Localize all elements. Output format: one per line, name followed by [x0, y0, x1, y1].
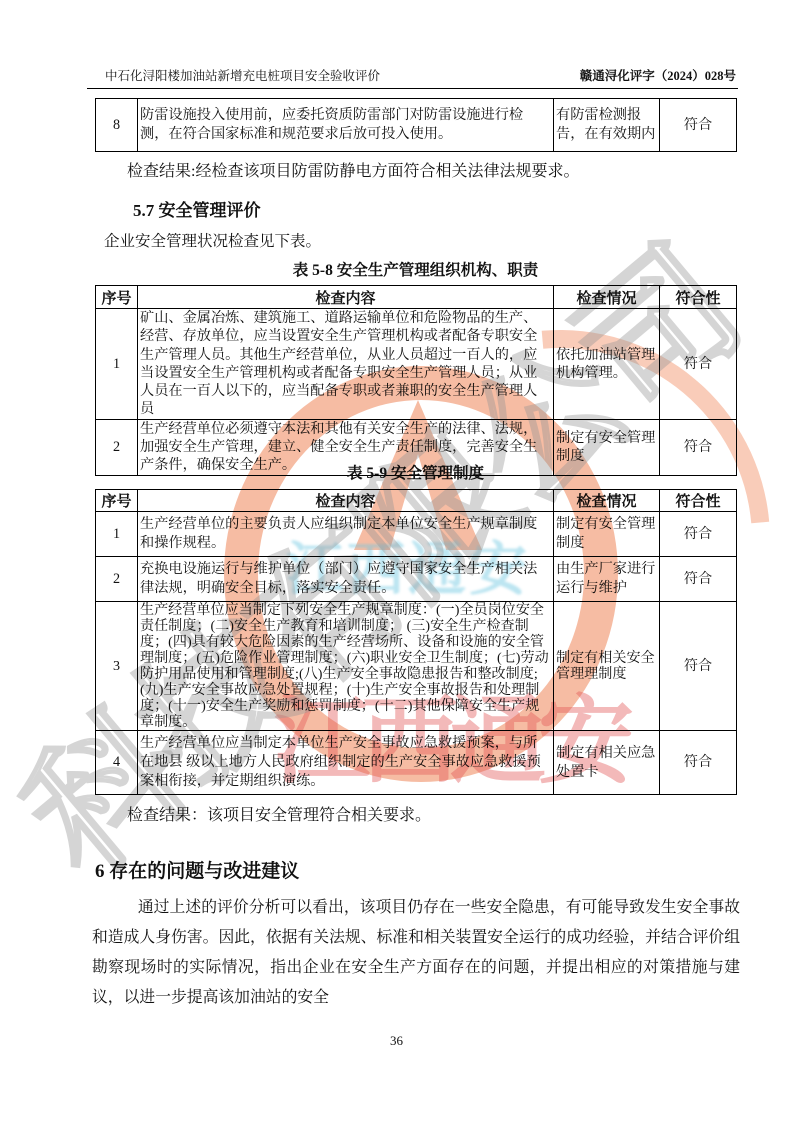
cell-content: 充换电设施运行与维护单位（部门）应遵守国家安全生产相关法律法规，明确安全目标，落… [138, 557, 554, 602]
table-5-9: 序号 检查内容 检查情况 符合性 1 生产经营单位的主要负责人应组织制定本单位安… [95, 489, 737, 795]
table-row: 1 矿山、金属冶炼、建筑施工、道路运输单位和危险物品的生产、经营、存放单位，应当… [96, 309, 737, 420]
col-header-no: 序号 [96, 490, 138, 512]
table-row: 3 生产经营单位应当制定下列安全生产规章制度：(一)全员岗位安全责任制度；(二)… [96, 602, 737, 731]
section-6-paragraph: 通过上述的评价分析可以看出，该项目仍存在一些安全隐患，有可能导致发生安全事故和造… [92, 893, 740, 1013]
cell-conformity: 符合 [660, 309, 737, 420]
col-header-situation: 检查情况 [554, 286, 660, 309]
cell-situation: 有防雷检测报告，在有效期内 [554, 99, 660, 152]
header-title: 中石化浔阳楼加油站新增充电桩项目安全验收评价 [105, 66, 380, 84]
cell-content: 防雷设施投入使用前，应委托资质防雷部门对防雷设施进行检测，在符合国家标准和规范要… [138, 99, 554, 152]
table-row: 8 防雷设施投入使用前，应委托资质防雷部门对防雷设施进行检测，在符合国家标准和规… [96, 99, 737, 152]
cell-row-no: 3 [96, 602, 138, 731]
table-row: 4 生产经营单位应当制定本单位生产安全事故应急救援预案，与所在地县 级以上地方人… [96, 731, 737, 795]
cell-conformity: 符合 [660, 512, 737, 557]
header-rule [87, 88, 738, 89]
table-row: 2 充换电设施运行与维护单位（部门）应遵守国家安全生产相关法律法规，明确安全目标… [96, 557, 737, 602]
table-5-8: 序号 检查内容 检查情况 符合性 1 矿山、金属冶炼、建筑施工、道路运输单位和危… [95, 285, 737, 476]
col-header-content: 检查内容 [138, 286, 554, 309]
table-row: 1 生产经营单位的主要负责人应组织制定本单位安全生产规章制度和操作规程。 制定有… [96, 512, 737, 557]
page-number: 36 [0, 1033, 793, 1049]
col-header-conformity: 符合性 [660, 286, 737, 309]
section-5-7-intro: 企业安全管理状况检查见下表。 [104, 229, 321, 251]
cell-row-no: 1 [96, 309, 138, 420]
cell-conformity: 符合 [660, 99, 737, 152]
cell-content: 生产经营单位应当制定下列安全生产规章制度：(一)全员岗位安全责任制度；(二)安全… [138, 602, 554, 731]
cell-row-no: 4 [96, 731, 138, 795]
cell-situation: 制定有相关应急处置卡 [554, 731, 660, 795]
cell-situation: 制定有相关安全管理理制度 [554, 602, 660, 731]
table-5-9-caption: 表 5-9 安全管理制度 [95, 461, 736, 483]
section-6-heading: 6 存在的问题与改进建议 [95, 856, 299, 883]
cell-situation: 制定有安全管理制度 [554, 512, 660, 557]
document-page: 中石化浔阳楼加油站新增充电桩项目安全验收评价 赣通浔化评字（2024）028号 … [0, 0, 793, 1122]
cell-conformity: 符合 [660, 731, 737, 795]
table-5-8-caption: 表 5-8 安全生产管理组织机构、职责 [95, 258, 736, 280]
cell-row-no: 1 [96, 512, 138, 557]
cell-content: 生产经营单位的主要负责人应组织制定本单位安全生产规章制度和操作规程。 [138, 512, 554, 557]
section-5-7-heading: 5.7 安全管理评价 [133, 196, 261, 221]
cell-conformity: 符合 [660, 557, 737, 602]
lightning-table: 8 防雷设施投入使用前，应委托资质防雷部门对防雷设施进行检测，在符合国家标准和规… [95, 98, 737, 152]
table-header-row: 序号 检查内容 检查情况 符合性 [96, 286, 737, 309]
cell-situation: 依托加油站管理机构管理。 [554, 309, 660, 420]
col-header-situation: 检查情况 [554, 490, 660, 512]
col-header-no: 序号 [96, 286, 138, 309]
cell-content: 矿山、金属冶炼、建筑施工、道路运输单位和危险物品的生产、经营、存放单位，应当设置… [138, 309, 554, 420]
lightning-check-result: 检查结果:经检查该项目防雷防静电方面符合相关法律法规要求。 [95, 158, 743, 181]
header-doc-number: 赣通浔化评字（2024）028号 [580, 66, 736, 84]
cell-conformity: 符合 [660, 602, 737, 731]
cell-content: 生产经营单位应当制定本单位生产安全事故应急救援预案，与所在地县 级以上地方人民政… [138, 731, 554, 795]
cell-situation: 由生产厂家进行运行与维护 [554, 557, 660, 602]
cell-row-no: 2 [96, 557, 138, 602]
cell-row-no: 8 [96, 99, 138, 152]
col-header-content: 检查内容 [138, 490, 554, 512]
col-header-conformity: 符合性 [660, 490, 737, 512]
management-check-result: 检查结果：该项目安全管理符合相关要求。 [95, 802, 743, 825]
table-header-row: 序号 检查内容 检查情况 符合性 [96, 490, 737, 512]
